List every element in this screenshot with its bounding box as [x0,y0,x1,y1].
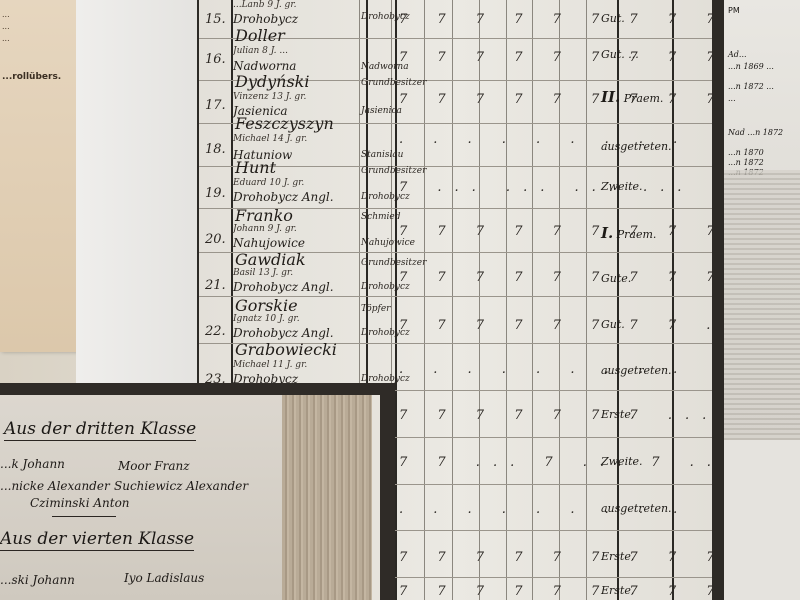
ledger-student-name: Franko [235,206,293,225]
ledger-student-name: Gawdiak [235,250,306,269]
ledger-birth-note: Eduard 10 J. gr. [233,178,304,188]
ledger-remark: I. Praem. [601,224,656,242]
ledger-remark: Zweite. [601,180,643,193]
ledger-row-rule [199,166,714,167]
ledger-birthplace: Drohobycz Angl. [233,326,334,340]
right-backing-board [724,440,800,600]
ledger-parent-info: Jasienica [361,106,402,116]
right-doc-label: PM [728,6,740,15]
ledger-grades: 7 7 7 7 7 7 7 7 7 [399,584,728,599]
ledger-grades: 7 7 7 7 7 7 7 ... 7 [399,408,758,423]
ledger-birth-note: Ignatz 10 J. gr. [233,314,300,324]
ledger-row-number: 21. [205,278,226,293]
student-name: ...k Johann [0,457,65,471]
ledger-birth-note: Johann 9 J. gr. [233,224,297,234]
book-page: Aus der dritten Klasse ...k Johann ...ni… [0,395,282,600]
student-name: Moor Franz [118,459,190,473]
ledger-birth-note: Julian 8 J. ... [233,46,288,56]
ledger-student-name: Grabowiecki [235,340,337,359]
ledger-birth-note: ...Lanb 9 J. gr. [233,0,297,10]
ledger-parent-info: Töpfer [361,304,390,314]
ledger-parent-info: Grundbesitzer [361,166,426,176]
ledger-remark: II. Praem. [601,88,663,106]
ledger-row-number: 20. [205,232,226,247]
ledger-parent-info: Schmied [361,212,401,222]
ledger-birthplace: Nadworna [233,59,296,73]
ledger-remark: Erste. [601,408,634,421]
ledger-birthplace: Nahujowice [233,236,305,250]
ledger-grades: 7 7 7 7 7 7 7 7 ... [399,318,758,333]
class-heading: Aus der dritten Klasse [4,419,196,441]
ledger-grades: 7 7 7 7 7 7 7 7 7 [399,550,728,565]
left-doc-line: ... [2,34,10,43]
ledger-row-number: 19. [205,186,226,201]
ledger-student-name: Hunt [235,158,276,177]
ledger-student-name: Feszczyszyn [235,114,334,133]
ledger-remark: Zweite. [601,455,643,468]
ledger-birthplace: Drohobycz Angl. [233,190,334,204]
ledger-prize-rank: I. [601,224,613,242]
ledger-grades: 7 7 7 7 7 7 7 7 7 [399,270,728,285]
ledger-remark: Gut. ... [601,48,639,61]
ledger-remark: Erste. [601,550,634,563]
ledger-grades: 7 7 7 7 7 7 7 7 7 [399,12,728,27]
student-name: Cziminski Anton [30,496,130,510]
ledger-remark: ausgetreten. [601,502,672,515]
ledger-row-number: 22. [205,324,226,339]
ledger-remark: ausgetreten. [601,364,672,377]
ledger-parent-info: Grundbesitzer [361,78,426,88]
book-page-edges [282,395,380,600]
left-document-fragment: ... ... ... ...rollübers. [0,0,77,352]
ledger-prize-rank: II. [601,88,620,106]
ledger-birth-note: Vinzenz 13 J. gr. [233,92,306,102]
ledger-remark: ausgetreten. [601,140,672,153]
right-doc-line: Ad... [728,50,747,59]
ledger-parent-info: Grundbesitzer [361,258,426,268]
ledger-remark: Gut. [601,318,625,331]
right-doc-line: ...n 1870 [728,148,764,157]
left-doc-heading: ...rollübers. [2,72,61,82]
student-name: Iyo Ladislaus [124,571,204,585]
right-doc-line: ...n 1869 ... [728,62,774,71]
ledger-birthplace: Drohobycz [233,12,298,26]
ledger-parent-info: Nahujowice [361,238,415,248]
left-doc-line: ... [2,10,10,19]
ledger-remark-text: Praem. [617,228,657,241]
photo-scene: ... ... ... ...rollübers. ...La [0,0,800,600]
class-heading: Aus der vierten Klasse [0,529,194,551]
right-doc-line: ...n 1872 ... [728,82,774,91]
open-register-book: Aus der dritten Klasse ...k Johann ...ni… [0,383,395,600]
right-doc-line: Nad ...n 1872 [728,128,783,137]
ledger-remark-text: Praem. [624,92,664,105]
ledger-row-number: 17. [205,98,226,113]
ledger-birthplace: Drohobycz Angl. [233,280,334,294]
ledger-parent-info: Stanislau [361,150,403,160]
right-document-fragment: Ad... ...n 1869 ... ...n 1872 ... ... Na… [724,0,800,440]
right-doc-line: ... [728,94,736,103]
ledger-row-number: 15. [205,12,226,27]
ledger-remark: Gute. [601,272,631,285]
ledger-remark: Gut. [601,12,625,25]
ledger-grades: 7 7 7 7 7 7 7 7 7 [399,50,728,65]
ledger-student-name: Doller [235,26,285,45]
ledger-remark: Erste. [601,584,634,597]
ledger-row-number: 16. [205,52,226,67]
ledger-birth-note: Michael 11 J. gr. [233,360,307,370]
ledger-student-name: Gorskie [235,296,298,315]
ledger-birth-note: Michael 14 J. gr. [233,134,307,144]
ledger-student-name: Dydyński [235,72,309,91]
right-doc-line: ...n 1872 [728,158,764,167]
student-name: ...nicke Alexander [0,479,110,493]
book-page-edge-highlight [372,395,380,600]
ledger-rule [395,0,397,600]
student-name: ...ski Johann [0,573,75,587]
ledger-birth-note: Basil 13 J. gr. [233,268,293,278]
divider [52,516,116,517]
ledger-grades: 7 7 7 7 7 7 7 7 7 [399,224,728,239]
faded-document-area [724,170,800,440]
left-doc-line: ... [2,22,10,31]
ledger-row-number: 18. [205,142,226,157]
ledger-grades: 7 7 7 7 7 7 7 7 7 [399,92,728,107]
student-name: Suchiewicz Alexander [114,479,248,493]
display-backing-board [76,0,200,385]
